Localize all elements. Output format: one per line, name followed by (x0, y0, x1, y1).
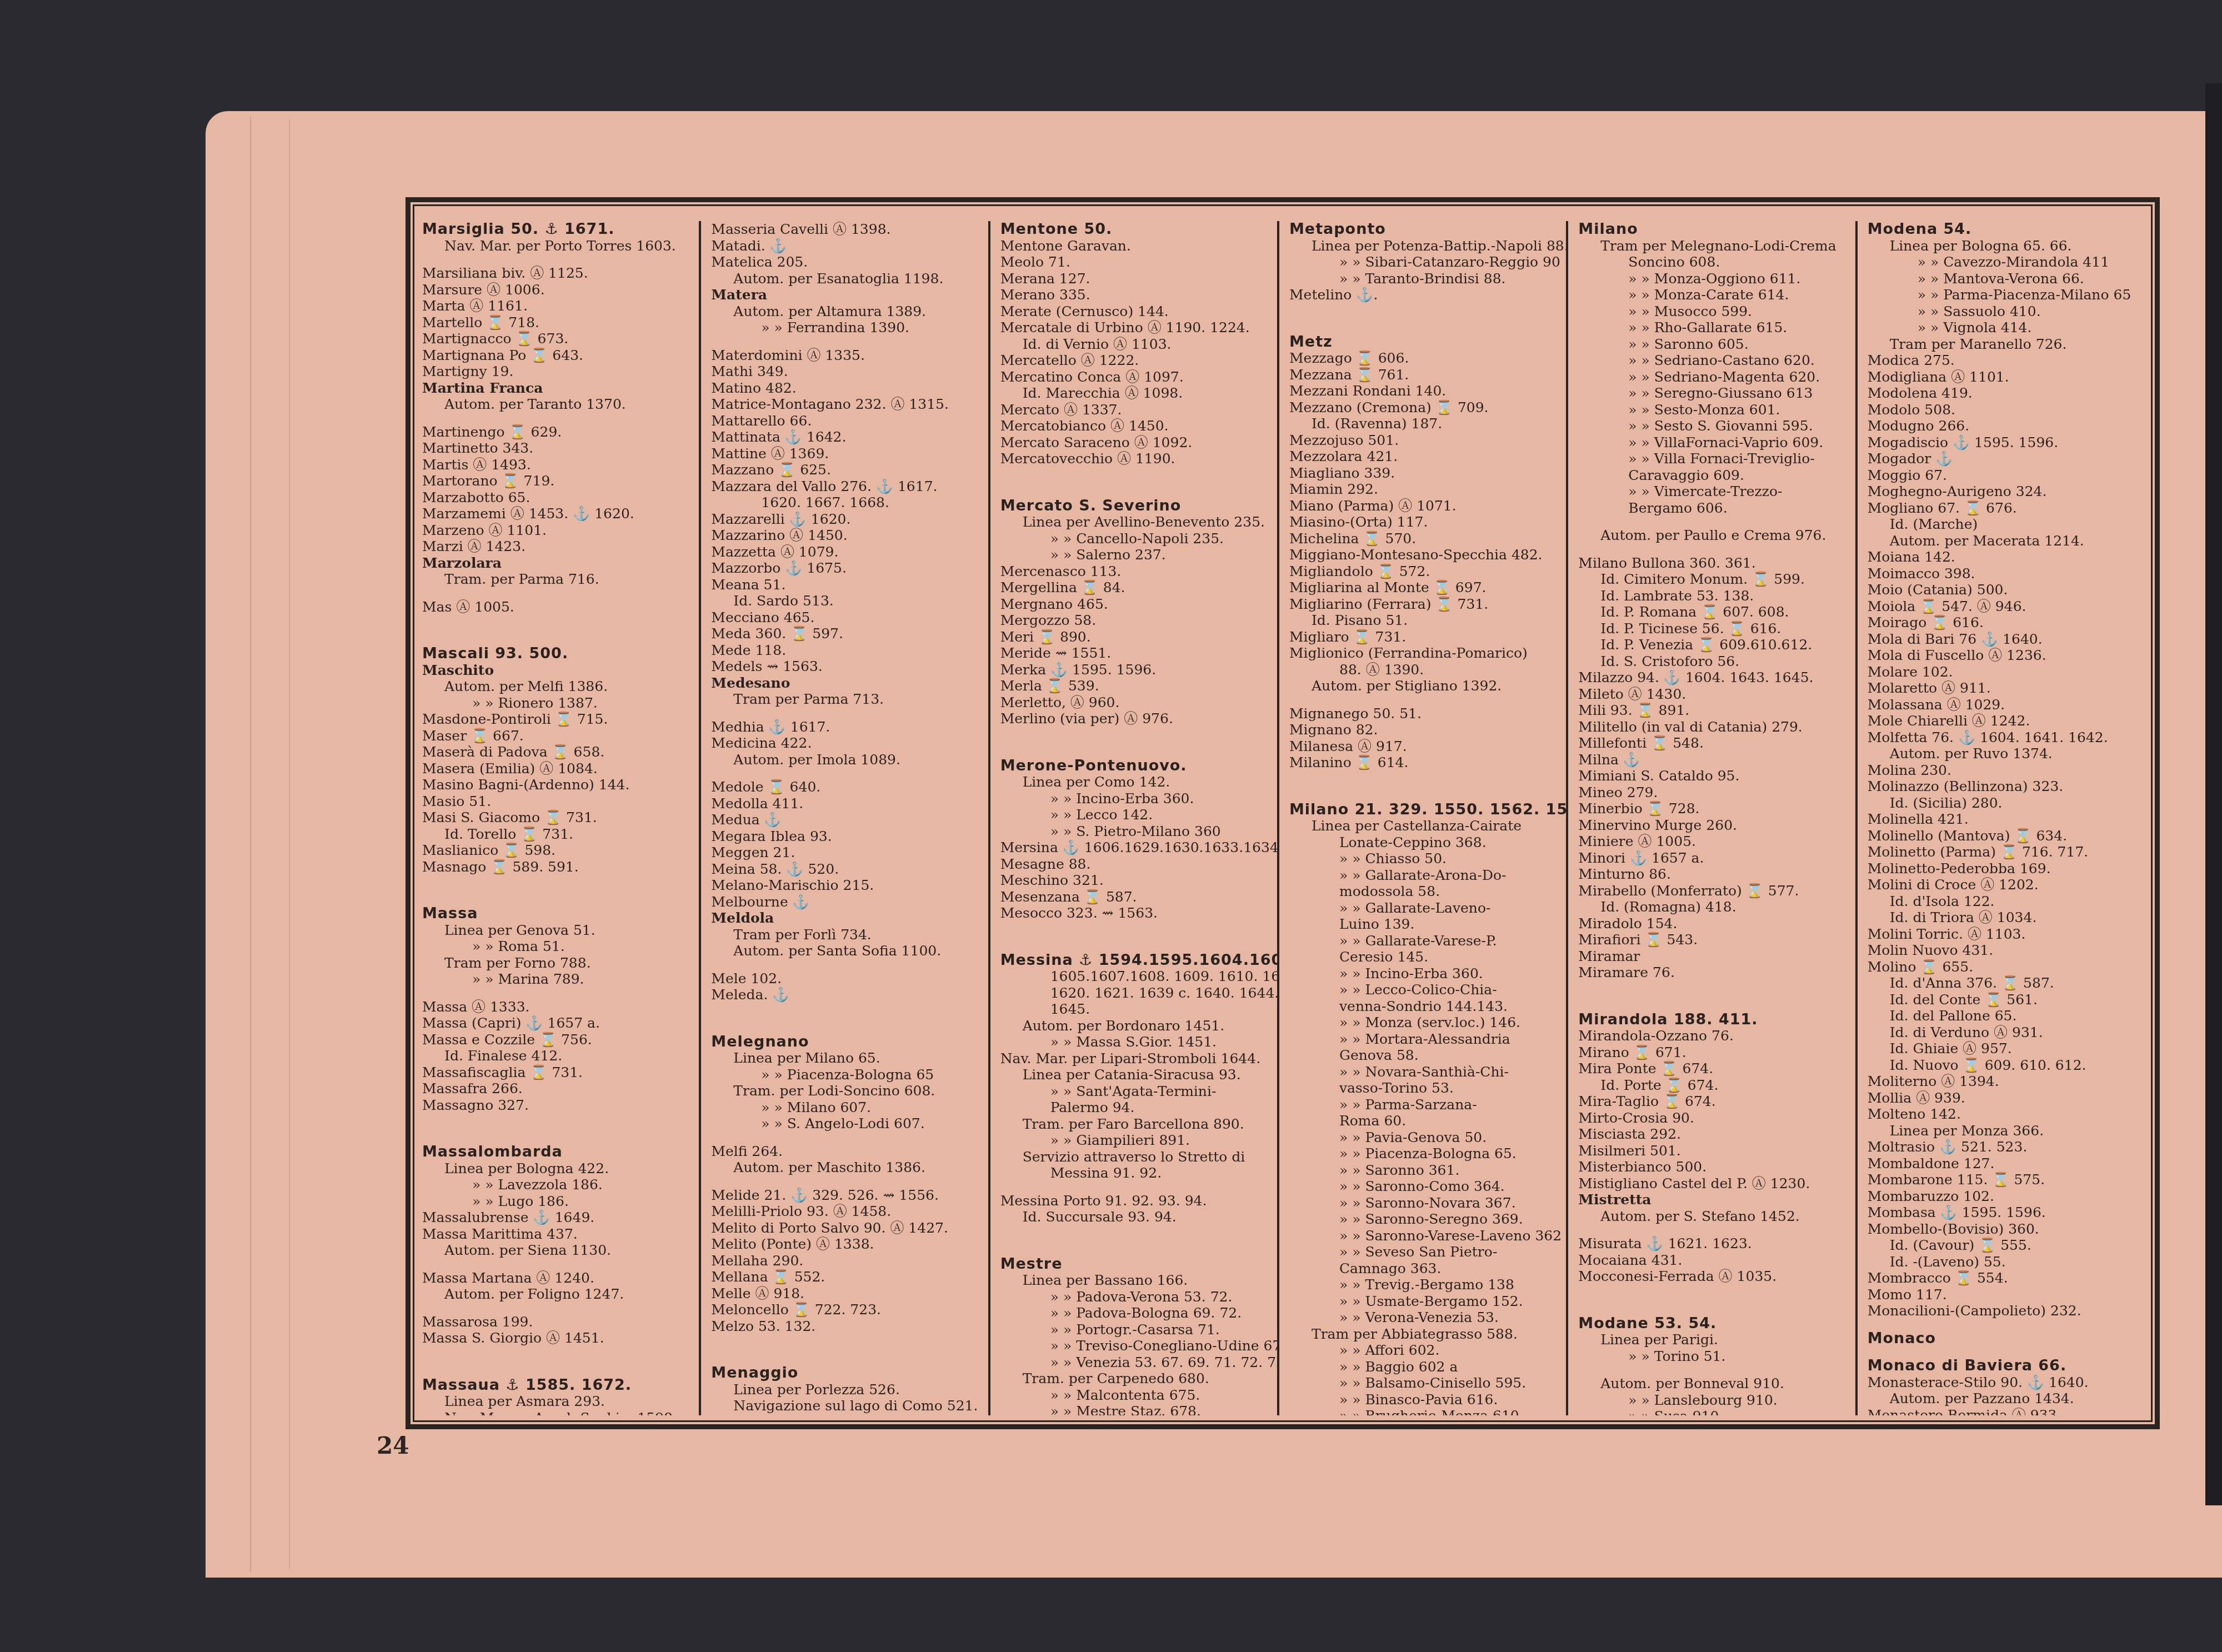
index-entry: Masnago ⌛ 589. 591. (422, 859, 689, 875)
index-entry: Mas Ⓐ 1005. (422, 599, 689, 615)
index-entry: 1620. 1621. 1639 c. 1640. 1644. (1000, 985, 1267, 1002)
index-entry: Molteno 142. (1868, 1106, 2134, 1123)
index-entry: Mergozzo 58. (1000, 612, 1267, 629)
index-entry: Soncino 608. (1578, 254, 1845, 271)
index-entry: Miasino-(Orta) 117. (1289, 514, 1556, 530)
index-entry: Lonate-Ceppino 368. (1289, 834, 1556, 851)
index-entry: Meggen 21. (711, 844, 978, 861)
index-entry: Masdone-Pontiroli ⌛ 715. (422, 711, 689, 728)
index-entry: » » Incino-Erba 360. (1289, 965, 1556, 982)
page-number: 24 (377, 1432, 409, 1459)
index-entry: Bergamo 606. (1578, 500, 1845, 517)
index-entry: Millefonti ⌛ 548. (1578, 735, 1845, 752)
index-entry: Megara Iblea 93. (711, 828, 978, 845)
index-entry: » » Cancello-Napoli 235. (1000, 530, 1267, 547)
index-heading: Mercato S. Severino (1000, 498, 1267, 514)
index-entry: Tram per Melegnano-Lodi-Crema (1578, 238, 1845, 254)
index-entry: Tram per Parma 713. (711, 691, 978, 708)
index-heading: Modena 54. (1868, 221, 2134, 238)
index-entry: Modica 275. (1868, 352, 2134, 369)
index-entry: Massa (Capri) ⚓ 1657 a. (422, 1015, 689, 1032)
index-entry: Mirandola-Ozzano 76. (1578, 1028, 1845, 1044)
index-entry: Id. Porte ⌛ 674. (1578, 1077, 1845, 1094)
index-entry: Id. del Conte ⌛ 561. (1868, 992, 2134, 1008)
index-entry: Mergellina ⌛ 84. (1000, 579, 1267, 596)
index-entry: Miglionico (Ferrandina-Pomarico) (1289, 645, 1556, 662)
index-column-3: Mentone 50.Mentone Garavan.Meolo 71.Mera… (1000, 221, 1279, 1415)
index-entry: Autom. per Altamura 1389. (711, 303, 978, 320)
index-entry: Medicina 422. (711, 735, 978, 752)
index-entry: » » Novara-Santhià-Chi- (1289, 1064, 1556, 1080)
index-entry: Mazzarino Ⓐ 1450. (711, 527, 978, 544)
index-column-6: Modena 54.Linea per Bologna 65. 66.» » C… (1868, 221, 2144, 1415)
index-entry: » » Monza-Carate 614. (1578, 287, 1845, 303)
index-entry: Mileto Ⓐ 1430. (1578, 686, 1845, 703)
index-entry: » » Trevig.-Bergamo 138 (1289, 1276, 1556, 1293)
index-entry: » » Roma 51. (422, 938, 689, 955)
index-entry: Marsure Ⓐ 1006. (422, 282, 689, 298)
index-entry: Mola di Fuscello Ⓐ 1236. (1868, 647, 2134, 664)
index-entry: Tram per Forno 788. (422, 955, 689, 972)
index-entry: Tram. per Faro Barcellona 890. (1000, 1116, 1267, 1133)
index-entry: modossola 58. (1289, 883, 1556, 900)
index-entry: » » Piacenza-Bologna 65 (711, 1067, 978, 1083)
index-entry: Meolo 71. (1000, 254, 1267, 271)
index-column-1: Marsiglia 50. ⚓ 1671.Nav. Mar. per Porto… (422, 221, 701, 1415)
index-entry: Autom. per Bonneval 910. (1578, 1375, 1845, 1392)
index-entry: Id. Pisano 51. (1289, 612, 1556, 629)
index-entry: Meleda. ⚓ (711, 987, 978, 1003)
index-entry: » » Villa Fornaci-Treviglio- (1578, 450, 1845, 467)
index-entry: Medolla 411. (711, 795, 978, 812)
index-entry: Moirago ⌛ 616. (1868, 614, 2134, 631)
index-entry: Marsiliana biv. Ⓐ 1125. (422, 265, 689, 282)
index-heading: Melegnano (711, 1034, 978, 1050)
index-entry: Mombaldone 127. (1868, 1155, 2134, 1172)
index-heading: Mascali 93. 500. (422, 645, 689, 662)
index-entry: Massafra 266. (422, 1080, 689, 1097)
index-entry: » » Sesto S. Giovanni 595. (1578, 418, 1845, 434)
index-entry: » » Ferrandina 1390. (711, 319, 978, 336)
index-entry: Milazzo 94. ⚓ 1604. 1643. 1645. (1578, 669, 1845, 686)
index-entry: Mercato Saraceno Ⓐ 1092. (1000, 434, 1267, 451)
index-entry: Tram per Maranello 726. (1868, 336, 2134, 353)
index-entry: » » Padova-Verona 53. 72. (1000, 1289, 1267, 1305)
index-entry: Molare 102. (1868, 664, 2134, 680)
index-entry: Linea per Asmara 293. (422, 1393, 689, 1410)
index-entry: Mercenasco 113. (1000, 563, 1267, 580)
index-entry: Minturno 86. (1578, 866, 1845, 883)
index-entry: Modolo 508. (1868, 402, 2134, 418)
index-entry: » » Vimercate-Trezzo- (1578, 483, 1845, 500)
index-entry: Medhia ⚓ 1617. (711, 719, 978, 735)
index-entry: Melzo 53. 132. (711, 1318, 978, 1335)
index-entry: Modugno 266. (1868, 418, 2134, 434)
index-entry: Merlino (via per) Ⓐ 976. (1000, 710, 1267, 727)
index-entry: Mistretta (1578, 1192, 1845, 1208)
index-entry: Monacilioni-(Campolieto) 232. (1868, 1303, 2134, 1319)
index-entry: Maser ⌛ 667. (422, 728, 689, 744)
index-entry: Materdomini Ⓐ 1335. (711, 347, 978, 364)
index-entry: Id. (Marche) (1868, 516, 2134, 533)
index-entry: » » Seregno-Giussano 613 (1578, 385, 1845, 402)
index-entry: Mercatobianco Ⓐ 1450. (1000, 418, 1267, 434)
index-entry: Id. di Triora Ⓐ 1034. (1868, 909, 2134, 926)
index-entry: 1645. (1000, 1001, 1267, 1018)
index-entry: Caravaggio 609. (1578, 467, 1845, 484)
index-entry: Medels ⇝ 1563. (711, 658, 978, 675)
index-entry: Massarosa 199. (422, 1314, 689, 1330)
index-heading: Messina ⚓ 1594.1595.1604.1604 a. (1000, 952, 1267, 969)
index-entry: » » Rionero 1387. (422, 695, 689, 712)
index-entry: Meina 58. ⚓ 520. (711, 861, 978, 878)
index-entry: Mesenzana ⌛ 587. (1000, 889, 1267, 905)
index-entry: Tram. per Parma 716. (422, 571, 689, 588)
index-heading: Monaco di Baviera 66. (1868, 1358, 2134, 1374)
index-entry: » » Seveso San Pietro- (1289, 1244, 1556, 1260)
index-entry: Merano 335. (1000, 287, 1267, 303)
index-entry: Camnago 363. (1289, 1260, 1556, 1277)
index-entry: Molinetto (Parma) ⌛ 716. 717. (1868, 844, 2134, 860)
index-entry: Martigny 19. (422, 363, 689, 380)
index-entry: » » Susa 910. (1578, 1408, 1845, 1415)
index-entry: Mattinata ⚓ 1642. (711, 429, 978, 445)
index-entry: Modolena 419. (1868, 385, 2134, 402)
index-entry: » » Saronno-Seregno 369. (1289, 1211, 1556, 1228)
index-entry: Linea per Castellanza-Cairate (1289, 818, 1556, 834)
index-entry: Genova 58. (1289, 1047, 1556, 1064)
index-entry: » » Cavezzo-Mirandola 411 (1868, 254, 2134, 271)
index-entry: Linea per Porlezza 526. (711, 1381, 978, 1398)
index-entry: Id. Ghiaie Ⓐ 957. (1868, 1040, 2134, 1057)
index-entry: Linea per Milano 65. (711, 1050, 978, 1067)
index-entry: » » Saronno-Como 364. (1289, 1178, 1556, 1195)
index-entry: Medesano (711, 675, 978, 692)
index-entry: Moggio 67. (1868, 467, 2134, 484)
index-entry: Autom. per Maschito 1386. (711, 1159, 978, 1176)
index-entry: Tram per Forlì 734. (711, 927, 978, 943)
index-entry: Mercatale di Urbino Ⓐ 1190. 1224. (1000, 319, 1267, 336)
index-entry: » » Incino-Erba 360. (1000, 790, 1267, 807)
index-entry: » » Musocco 599. (1578, 303, 1845, 320)
index-entry: Id. P. Romana ⌛ 607. 608. (1578, 604, 1845, 620)
index-entry: Linea per Avellino-Benevento 235. (1000, 514, 1267, 530)
index-entry: Miramar (1578, 948, 1845, 965)
index-entry: Merana 127. (1000, 271, 1267, 287)
index-entry: Masi S. Giacomo ⌛ 731. (422, 809, 689, 826)
index-entry: Matadi. ⚓ (711, 238, 978, 254)
index-entry: Id. Cimitero Monum. ⌛ 599. (1578, 571, 1845, 588)
index-entry: » » Marina 789. (422, 971, 689, 988)
index-entry: » » Giampilieri 891. (1000, 1132, 1267, 1149)
index-entry: Mellaha 290. (711, 1253, 978, 1269)
index-entry: Id. P. Venezia ⌛ 609.610.612. (1578, 637, 1845, 653)
index-entry: Matino 482. (711, 380, 978, 397)
index-entry: » » Lavezzola 186. (422, 1177, 689, 1193)
index-entry: » » Parma-Sarzana- (1289, 1097, 1556, 1113)
index-entry: Militello (in val di Catania) 279. (1578, 719, 1845, 735)
index-entry: Mogadiscio ⚓ 1595. 1596. (1868, 434, 2134, 451)
index-column-2: Masseria Cavelli Ⓐ 1398.Matadi. ⚓Matelic… (711, 221, 990, 1415)
index-entry: Mezzana ⌛ 761. (1289, 367, 1556, 383)
index-entry: Monasterace-Stilo 90. ⚓ 1640. (1868, 1374, 2134, 1391)
index-entry: Miamin 292. (1289, 481, 1556, 498)
index-entry: Melilli-Priolo 93. Ⓐ 1458. (711, 1203, 978, 1220)
index-entry: Mogliano 67. ⌛ 676. (1868, 500, 2134, 517)
index-entry: Autom. per Pazzano 1434. (1868, 1390, 2134, 1407)
index-entry: Mocconesi-Ferrada Ⓐ 1035. (1578, 1268, 1845, 1285)
index-entry: Moghegno-Aurigeno 324. (1868, 483, 2134, 500)
index-column-4: MetapontoLinea per Potenza-Battip.-Napol… (1289, 221, 1568, 1415)
index-entry: Massa e Cozzile ⌛ 756. (422, 1032, 689, 1048)
index-entry: Linea per Bologna 65. 66. (1868, 238, 2134, 254)
index-entry: Miggiano-Montesano-Specchia 482. (1289, 547, 1556, 563)
index-entry: » » Sedriano-Magenta 620. (1578, 369, 1845, 386)
index-entry: Michelina ⌛ 570. (1289, 530, 1556, 547)
index-entry: Mogador ⚓ (1868, 450, 2134, 467)
index-entry: 1605.1607.1608. 1609. 1610. 1612. (1000, 968, 1267, 985)
index-entry: Moimacco 398. (1868, 565, 2134, 582)
index-entry: Maschito (422, 662, 689, 679)
index-entry: Moiola ⌛ 547. Ⓐ 946. (1868, 598, 2134, 615)
index-entry: Mezzojuso 501. (1289, 432, 1556, 449)
index-entry: Autom. per Paullo e Crema 976. (1578, 527, 1845, 544)
index-entry: Miramare 76. (1578, 964, 1845, 981)
index-entry: Autom. per Foligno 1247. (422, 1286, 689, 1303)
index-entry: Id. d'Anna 376. ⌛ 587. (1868, 975, 2134, 992)
index-entry: Migliaro ⌛ 731. (1289, 629, 1556, 645)
index-column-5: MilanoTram per Melegnano-Lodi-CremaSonci… (1578, 221, 1857, 1415)
index-entry: Autom. per Santa Sofia 1100. (711, 943, 978, 959)
index-entry: Massa Ⓐ 1333. (422, 999, 689, 1015)
index-entry: » » Monza-Oggiono 611. (1578, 271, 1845, 287)
index-entry: » » Usmate-Bergamo 152. (1289, 1293, 1556, 1310)
index-entry: Molaretto Ⓐ 911. (1868, 680, 2134, 697)
index-entry: Melle Ⓐ 918. (711, 1285, 978, 1302)
index-entry: Mentone Garavan. (1000, 238, 1267, 254)
index-entry: Metelino ⚓. (1289, 287, 1556, 303)
index-entry: 1620. 1667. 1668. (711, 494, 978, 511)
index-entry: Milanesa Ⓐ 917. (1289, 738, 1556, 755)
index-entry: » » Pavia-Genova 50. (1289, 1129, 1556, 1146)
index-entry: Id. del Pallone 65. (1868, 1008, 2134, 1024)
page-edge (244, 119, 290, 1569)
index-entry: » » Balsamo-Cinisello 595. (1289, 1375, 1556, 1391)
index-entry: Mazzorbo ⚓ 1675. (711, 560, 978, 577)
index-entry: Mesocco 323. ⇝ 1563. (1000, 905, 1267, 922)
index-entry: Massa Martana Ⓐ 1240. (422, 1270, 689, 1286)
index-entry: Molini di Croce Ⓐ 1202. (1868, 877, 2134, 893)
index-entry: Linea per Bologna 422. (422, 1160, 689, 1177)
index-entry: » » Saronno 361. (1289, 1162, 1556, 1179)
index-entry: Miradolo 154. (1578, 915, 1845, 932)
index-entry: » » Sesto-Monza 601. (1578, 402, 1845, 418)
index-entry: Mombracco ⌛ 554. (1868, 1270, 2134, 1286)
index-entry: Molinazzo (Bellinzona) 323. (1868, 778, 2134, 795)
index-entry: Mersina ⚓ 1606.1629.1630.1633.1634. (1000, 839, 1267, 856)
index-entry: Mollia Ⓐ 939. (1868, 1090, 2134, 1107)
index-entry: » » Baggio 602 a (1289, 1359, 1556, 1375)
index-entry: Matelica 205. (711, 254, 978, 271)
index-entry: Mattine Ⓐ 1369. (711, 445, 978, 462)
index-entry: » » S. Angelo-Lodi 607. (711, 1115, 978, 1132)
index-entry: » » Chiasso 50. (1289, 850, 1556, 867)
index-entry: Ceresio 145. (1289, 949, 1556, 965)
index-entry: vasso-Torino 53. (1289, 1080, 1556, 1097)
index-entry: » » Gallarate-Varese-P. (1289, 933, 1556, 949)
index-entry: » » Taranto-Brindisi 88. (1289, 271, 1556, 287)
index-entry: Id. Lambrate 53. 138. (1578, 588, 1845, 604)
index-entry: Mombaruzzo 102. (1868, 1188, 2134, 1205)
index-entry: » » Lanslebourg 910. (1578, 1392, 1845, 1409)
index-entry: Tram per Abbiategrasso 588. (1289, 1326, 1556, 1343)
index-entry: Mazzetta Ⓐ 1079. (711, 544, 978, 560)
index-entry: Linea per Potenza-Battip.-Napoli 88. (1289, 238, 1556, 254)
index-entry: Mirto-Crosia 90. (1578, 1110, 1845, 1127)
index-entry: Autom. per Bordonaro 1451. (1000, 1018, 1267, 1034)
index-entry: Massa S. Giorgio Ⓐ 1451. (422, 1330, 689, 1346)
index-entry: Masio 51. (422, 793, 689, 810)
index-entry: » » Vignola 414. (1868, 319, 2134, 336)
index-entry: Roma 60. (1289, 1113, 1556, 1129)
index-entry: Navigazione sul lago di Como 521. (711, 1398, 978, 1414)
index-entry: Id. (Romagna) 418. (1578, 899, 1845, 915)
index-entry: Monastero Bormida Ⓐ 933. (1868, 1407, 2134, 1416)
index-entry: » » Mantova-Verona 66. (1868, 271, 2134, 287)
index-entry: Misciasta 292. (1578, 1126, 1845, 1143)
index-entry: Melano-Marischio 215. (711, 877, 978, 894)
index-entry: Miagliano 339. (1289, 465, 1556, 482)
index-entry: » » Affori 602. (1289, 1342, 1556, 1359)
index-entry: Id. (Sicilia) 280. (1868, 795, 2134, 812)
index-heading: Mestre (1000, 1256, 1267, 1273)
index-entry: Matrice-Montagano 232. Ⓐ 1315. (711, 396, 978, 413)
index-entry: » » Lecco 142. (1000, 807, 1267, 823)
index-entry: Linea per Parigi. (1578, 1331, 1845, 1348)
index-entry: Molinetto-Pederobba 169. (1868, 860, 2134, 877)
index-entry: » » Venezia 53. 67. 69. 71. 72. 73. (1000, 1354, 1267, 1371)
index-entry: Id. Finalese 412. (422, 1048, 689, 1064)
index-entry: Modigliana Ⓐ 1101. (1868, 369, 2134, 386)
index-entry: » » Saronno-Novara 367. (1289, 1195, 1556, 1212)
index-entry: Molino ⌛ 655. (1868, 959, 2134, 975)
index-entry: Mercato Ⓐ 1337. (1000, 402, 1267, 418)
index-entry: Mocaiana 431. (1578, 1252, 1845, 1269)
index-entry: Mezzano (Cremona) ⌛ 709. (1289, 399, 1556, 416)
index-entry: Moio (Catania) 500. (1868, 582, 2134, 598)
index-entry: Martina Franca (422, 380, 689, 397)
index-entry: Mattarello 66. (711, 413, 978, 429)
index-entry: Tram. per Lodi-Soncino 608. (711, 1083, 978, 1099)
index-heading: Massalombarda (422, 1144, 689, 1160)
index-entry: Linea per Bassano 166. (1000, 1272, 1267, 1289)
index-entry: Merka ⚓ 1595. 1596. (1000, 662, 1267, 678)
index-entry: Autom. per Taranto 1370. (422, 396, 689, 413)
index-entry: Melfi 264. (711, 1143, 978, 1160)
index-entry: Mineo 279. (1578, 784, 1845, 801)
index-entry: Masino Bagni-(Ardenno) 144. (422, 777, 689, 793)
index-entry: Misterbianco 500. (1578, 1159, 1845, 1175)
index-entry: Martis Ⓐ 1493. (422, 457, 689, 473)
index-entry: Medua ⚓ (711, 812, 978, 828)
index-columns: Marsiglia 50. ⚓ 1671.Nav. Mar. per Porto… (422, 221, 2144, 1415)
index-entry: » » Saronno 605. (1578, 336, 1845, 353)
index-heading: Modane 53. 54. (1578, 1315, 1845, 1332)
index-entry: Maserà di Padova ⌛ 658. (422, 744, 689, 760)
index-entry: Messina 91. 92. (1000, 1165, 1267, 1182)
index-entry: » » Brugherio-Monza 610. (1289, 1408, 1556, 1415)
index-entry: Melide 21. ⚓ 329. 526. ⇝ 1556. (711, 1187, 978, 1204)
index-entry: Marzeno Ⓐ 1101. (422, 522, 689, 539)
index-entry: 88. Ⓐ 1390. (1289, 662, 1556, 678)
index-entry: Moiana 142. (1868, 549, 2134, 565)
index-entry: Molini Torric. Ⓐ 1103. (1868, 926, 2134, 943)
index-entry: Martorano ⌛ 719. (422, 473, 689, 489)
index-entry: » » Portogr.-Casarsa 71. (1000, 1321, 1267, 1338)
index-entry: Masseria Cavelli Ⓐ 1398. (711, 221, 978, 238)
index-entry: Linea per Monza 366. (1868, 1123, 2134, 1139)
index-entry: Mazzarelli ⚓ 1620. (711, 511, 978, 528)
index-entry: Autom. per Imola 1089. (711, 752, 978, 768)
index-entry: Martinetto 343. (422, 440, 689, 457)
index-entry: Melito di Porto Salvo 90. Ⓐ 1427. (711, 1220, 978, 1237)
index-entry: Mistigliano Castel del P. Ⓐ 1230. (1578, 1175, 1845, 1192)
index-entry: Matera (711, 287, 978, 303)
index-entry: Molin Nuovo 431. (1868, 942, 2134, 959)
index-heading: Metz (1289, 334, 1556, 351)
index-heading: Mirandola 188. 411. (1578, 1012, 1845, 1028)
index-entry: Molinello (Mantova) ⌛ 634. (1868, 828, 2134, 844)
index-entry: » » Verona-Venezia 53. (1289, 1309, 1556, 1326)
index-entry: Id. Sardo 513. (711, 593, 978, 609)
index-entry: » » VillaFornaci-Vaprio 609. (1578, 434, 1845, 451)
index-entry: Migliandolo ⌛ 572. (1289, 563, 1556, 580)
index-heading: Merone-Pontenuovo. (1000, 758, 1267, 774)
index-entry: » » Rho-Gallarate 615. (1578, 319, 1845, 336)
index-entry: Nav. Mar. p. Assab-Suakim 1598 (422, 1410, 689, 1416)
index-entry: » » Torino 51. (1578, 1348, 1845, 1365)
index-entry: Nav. Mar. per Porto Torres 1603. (422, 238, 689, 254)
index-entry: Mimiani S. Cataldo 95. (1578, 768, 1845, 784)
index-entry: Mercatovecchio Ⓐ 1190. (1000, 450, 1267, 467)
index-entry: Mele 102. (711, 970, 978, 987)
index-entry: Mesagne 88. (1000, 856, 1267, 873)
index-entry: Servizio attraverso lo Stretto di (1000, 1149, 1267, 1165)
index-entry: Melbourne ⚓ (711, 894, 978, 910)
index-entry: Autom. per Melfi 1386. (422, 678, 689, 695)
index-entry: Martignana Po ⌛ 643. (422, 347, 689, 364)
index-entry: » » Massa S.Gior. 1451. (1000, 1034, 1267, 1050)
index-entry: Medole ⌛ 640. (711, 779, 978, 795)
index-entry: Momo 117. (1868, 1286, 2134, 1303)
index-entry: » » Sedriano-Castano 620. (1578, 352, 1845, 369)
index-entry: Massalubrense ⚓ 1649. (422, 1209, 689, 1226)
index-entry: Mazzano ⌛ 625. (711, 462, 978, 478)
index-entry: Merate (Cernusco) 144. (1000, 303, 1267, 320)
index-entry: Mede 118. (711, 642, 978, 659)
index-entry: Id. (Cavour) ⌛ 555. (1868, 1237, 2134, 1254)
index-entry: Martignacco ⌛ 673. (422, 331, 689, 347)
index-entry: Meloncello ⌛ 722. 723. (711, 1301, 978, 1318)
index-entry: Meldola (711, 910, 978, 927)
index-entry: Masera (Emilia) Ⓐ 1084. (422, 760, 689, 777)
index-entry: Maslianico ⌛ 598. (422, 842, 689, 859)
index-entry: Massa Marittima 437. (422, 1226, 689, 1243)
book-spine (2205, 83, 2222, 1505)
index-entry: Meri ⌛ 890. (1000, 629, 1267, 645)
index-heading: Mentone 50. (1000, 221, 1267, 238)
index-entry: Molassana Ⓐ 1029. (1868, 697, 2134, 713)
